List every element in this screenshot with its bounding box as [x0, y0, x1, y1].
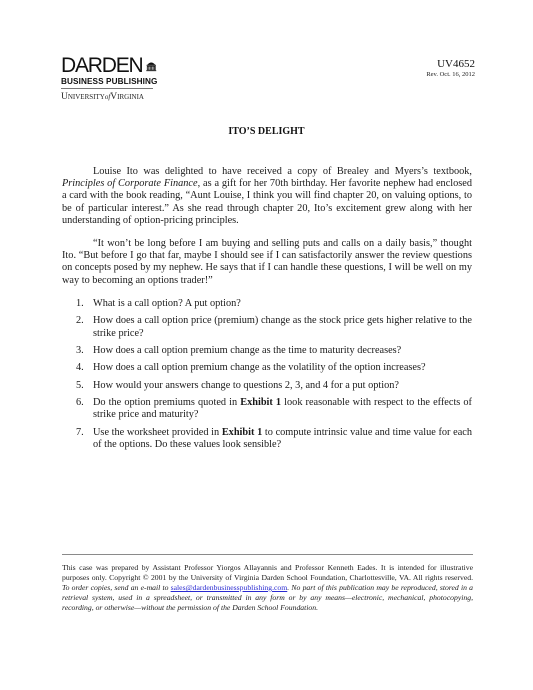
logo-top-row: DARDEN	[61, 55, 157, 75]
question-text: How does a call option premium change as…	[93, 362, 426, 373]
question-item: 7.Use the worksheet provided in Exhibit …	[62, 427, 472, 451]
revision-date: Rev. Oct. 16, 2012	[426, 70, 475, 79]
question-number: 5.	[76, 380, 84, 392]
copyright-footnote: This case was prepared by Assistant Prof…	[62, 563, 473, 613]
question-text-pre: Use the worksheet provided in	[93, 427, 222, 438]
footnote-order-text: To order copies, send an e-mail to	[62, 583, 171, 592]
question-text: How does a call option premium change as…	[93, 345, 401, 356]
question-item: 6.Do the option premiums quoted in Exhib…	[62, 397, 472, 421]
logo-university: UniversityofVirginia	[61, 92, 157, 102]
question-item: 5.How would your answers change to quest…	[62, 380, 472, 392]
logo-university-prefix: University	[61, 92, 105, 102]
quote-text: “It won’t be long before I am buying and…	[62, 238, 472, 287]
question-list: 1.What is a call option? A put option? 2…	[62, 298, 472, 456]
intro-text-part1: Louise Ito was delighted to have receive…	[93, 166, 472, 177]
footnote-text: This case was prepared by Assistant Prof…	[62, 563, 473, 582]
quote-paragraph: “It won’t be long before I am buying and…	[62, 238, 472, 287]
question-text-pre: Do the option premiums quoted in	[93, 397, 240, 408]
question-number: 4.	[76, 362, 84, 374]
exhibit-reference: Exhibit 1	[240, 397, 281, 408]
document-code: UV4652	[426, 58, 475, 70]
question-item: 3.How does a call option premium change …	[62, 345, 472, 357]
question-text: How would your answers change to questio…	[93, 380, 399, 391]
question-text: How does a call option price (premium) c…	[93, 315, 472, 338]
logo-university-suffix: Virginia	[110, 92, 144, 102]
question-item: 4.How does a call option premium change …	[62, 362, 472, 374]
case-title: ITO’S DELIGHT	[0, 126, 533, 137]
question-item: 1.What is a call option? A put option?	[62, 298, 472, 310]
question-number: 7.	[76, 427, 84, 439]
footer-divider	[62, 554, 473, 555]
question-number: 6.	[76, 397, 84, 409]
question-item: 2.How does a call option price (premium)…	[62, 315, 472, 339]
logo-brand: DARDEN	[61, 57, 142, 75]
exhibit-reference: Exhibit 1	[222, 427, 262, 438]
darden-logo: DARDEN BUSINESS PUBLISHING UniversityofV…	[61, 55, 157, 102]
intro-paragraph: Louise Ito was delighted to have receive…	[62, 166, 472, 227]
logo-division: BUSINESS PUBLISHING	[61, 77, 157, 86]
question-text: What is a call option? A put option?	[93, 298, 241, 309]
question-number: 3.	[76, 345, 84, 357]
sales-email-link[interactable]: sales@dardenbusinesspublishing.com	[171, 583, 288, 592]
rotunda-icon	[146, 57, 157, 75]
question-number: 1.	[76, 298, 84, 310]
document-id-block: UV4652 Rev. Oct. 16, 2012	[426, 58, 475, 79]
question-number: 2.	[76, 315, 84, 327]
logo-divider	[61, 88, 153, 89]
book-title: Principles of Corporate Finance	[62, 178, 198, 189]
